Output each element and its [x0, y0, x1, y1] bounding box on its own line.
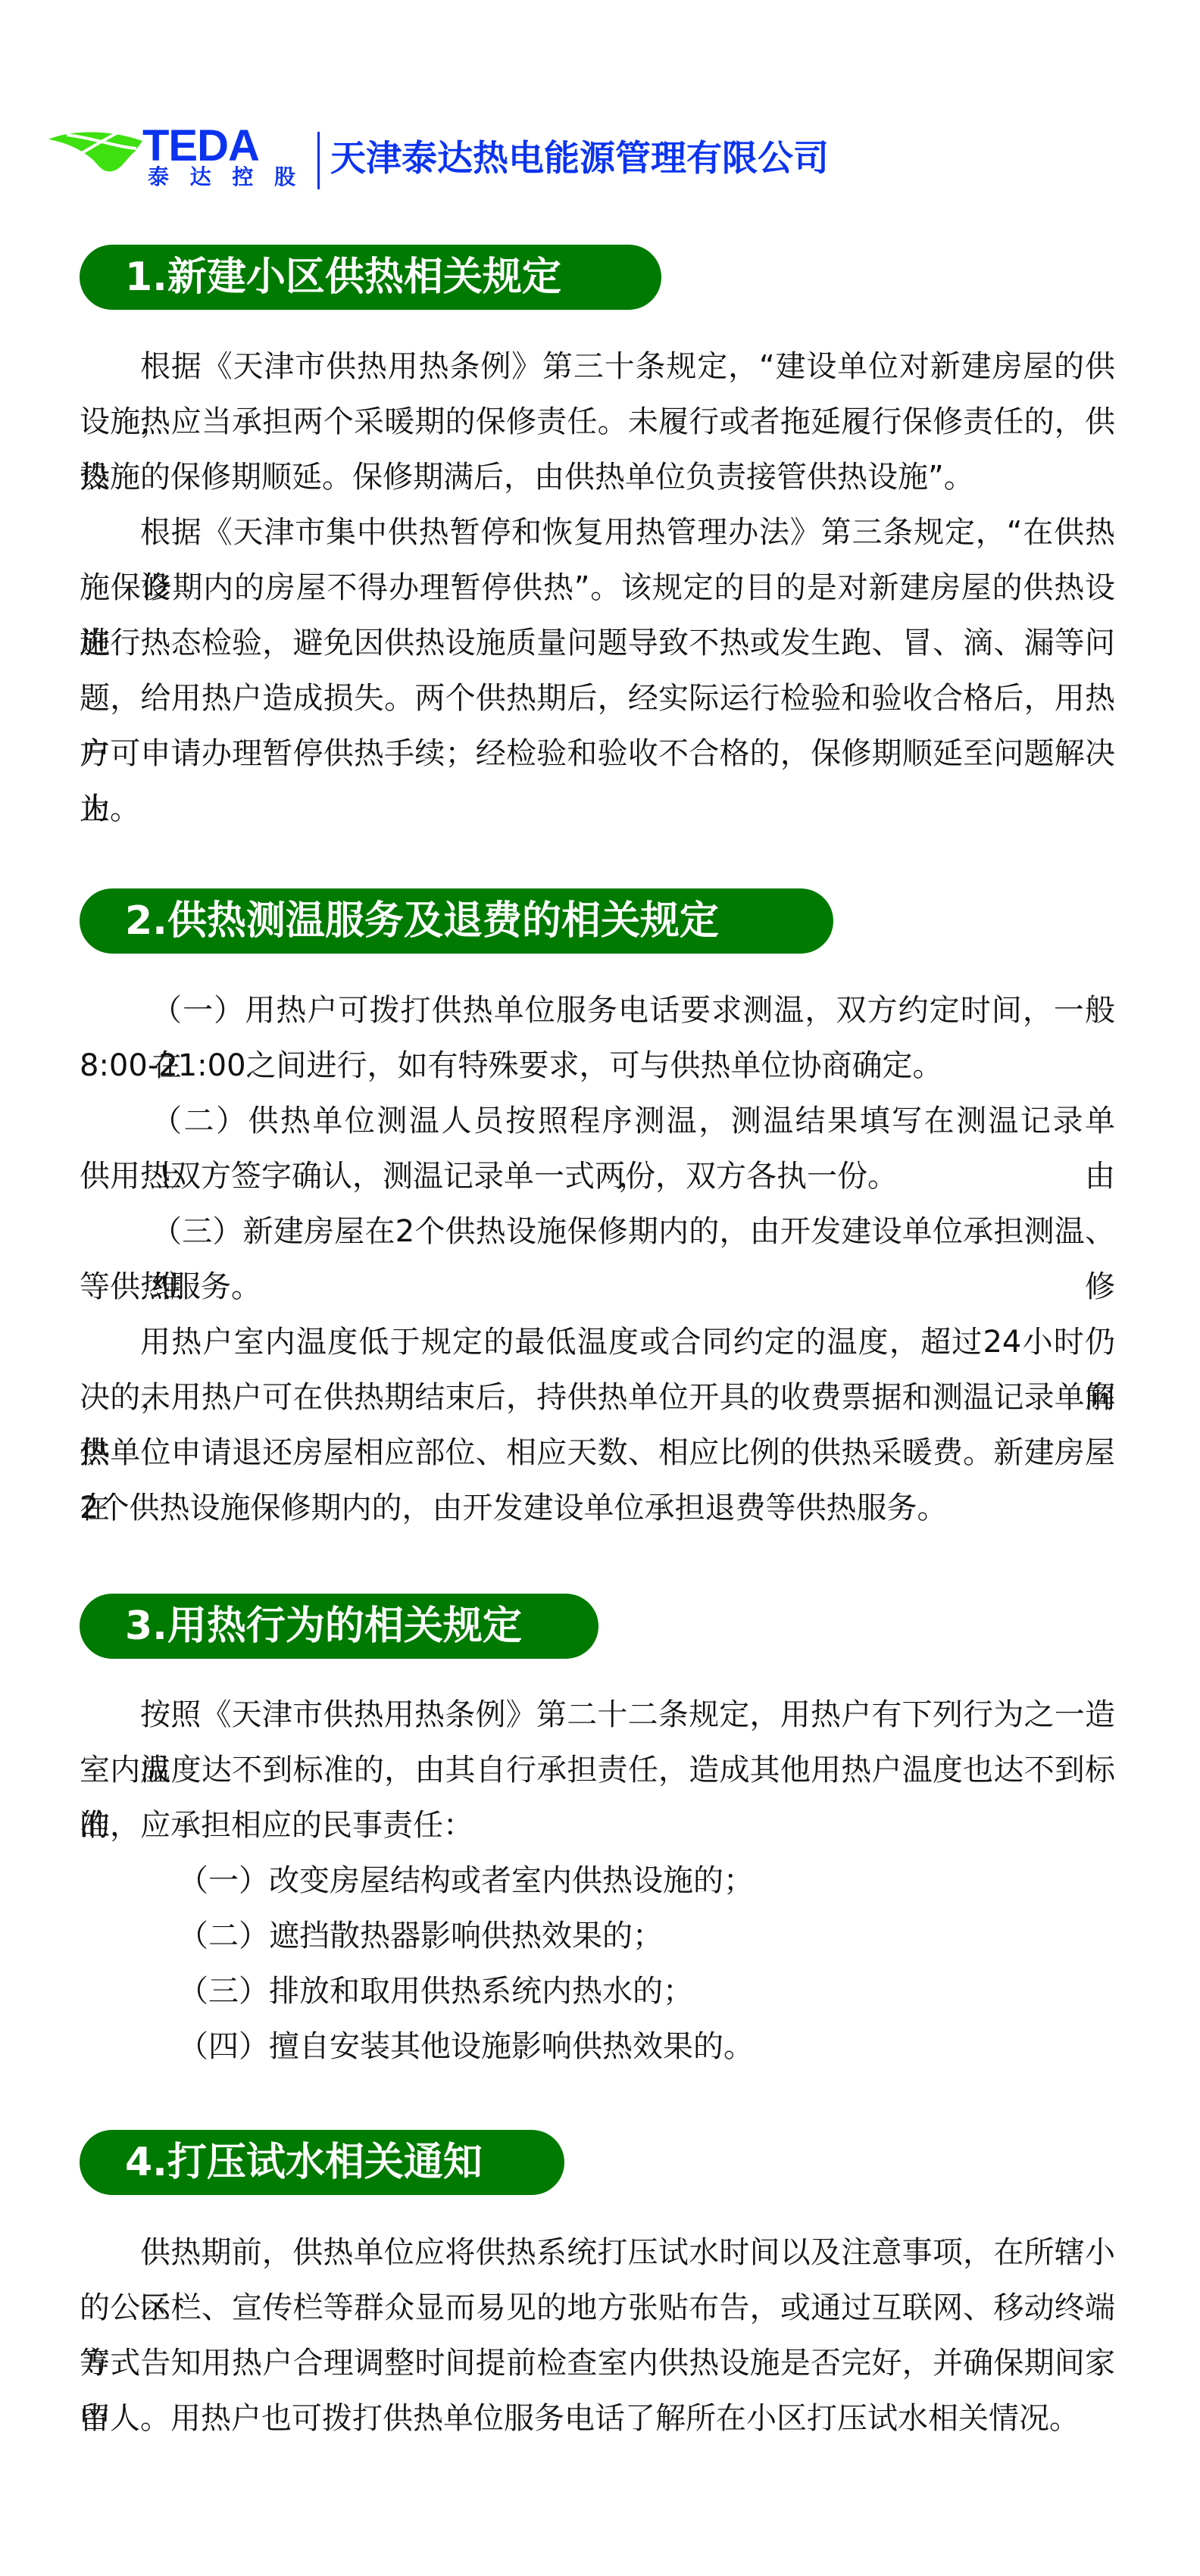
section-header-2: 2.供热测温服务及退费的相关规定 [80, 888, 833, 954]
company-logo: TEDA 泰 达 控 股 天津泰达热电能源管理有限公司 [45, 127, 894, 195]
paragraph-line: （三）新建房屋在2个供热设施保修期内的，由开发建设单位承担测温、维修 [80, 1204, 1115, 1260]
paragraph-line: 的公示栏、宣传栏等群众显而易见的地方张贴布告，或通过互联网、移动终端等 [80, 2281, 1115, 2336]
paragraph-line: 止。 [80, 782, 1115, 837]
section-header-3: 3.用热行为的相关规定 [80, 1594, 598, 1659]
logo-char: 泰 [148, 165, 169, 189]
section-body-4: 供热期前，供热单位应将供热系统打压试水时间以及注意事项，在所辖小区的公示栏、宣传… [80, 2225, 1115, 2446]
paragraph-line: （四）擅自安装其他设施影响供热效果的。 [80, 2019, 1115, 2075]
section-header-4: 4.打压试水相关通知 [80, 2130, 564, 2195]
paragraph-line: 按照《天津市供热用热条例》第二十二条规定，用热户有下列行为之一造成 [80, 1688, 1115, 1743]
section-title: 4.打压试水相关通知 [125, 2140, 483, 2185]
paragraph-line: 2个供热设施保修期内的，由开发建设单位承担退费等供热服务。 [80, 1481, 1115, 1536]
paragraph-line: 留人。用热户也可拨打供热单位服务电话了解所在小区打压试水相关情况。 [80, 2391, 1115, 2446]
section-title: 3.用热行为的相关规定 [125, 1603, 522, 1649]
section-title: 1.新建小区供热相关规定 [125, 254, 561, 300]
paragraph-line: 的，应承担相应的民事责任： [80, 1798, 1115, 1853]
teda-leaf-icon [47, 130, 144, 173]
paragraph-line: 用热户室内温度低于规定的最低温度或合同约定的温度，超过24小时仍未解 [80, 1315, 1115, 1370]
logo-char: 股 [274, 165, 295, 189]
section-body-2: （一）用热户可拨打供热单位服务电话要求测温，双方约定时间，一般在8:00-21:… [80, 983, 1115, 1536]
section-title: 2.供热测温服务及退费的相关规定 [125, 898, 719, 944]
paragraph-line: 方式告知用热户合理调整时间提前检查室内供热设施是否完好，并确保期间家中 [80, 2336, 1115, 2391]
logo-chinese-name: 泰 达 控 股 [148, 165, 295, 189]
paragraph-line: 8:00-21:00之间进行，如有特殊要求，可与供热单位协商确定。 [80, 1038, 1115, 1094]
logo-divider [317, 132, 320, 189]
company-name: 天津泰达热电能源管理有限公司 [330, 139, 829, 179]
paragraph-line: （二）供热单位测温人员按照程序测温，测温结果填写在测温记录单上，由 [80, 1094, 1115, 1149]
paragraph-line: 设施的保修期顺延。保修期满后，由供热单位负责接管供热设施”。 [80, 450, 1115, 505]
paragraph-line: 根据《天津市集中供热暂停和恢复用热管理办法》第三条规定，“在供热设 [80, 505, 1115, 560]
paragraph-line: 方可申请办理暂停供热手续；经检验和验收不合格的，保修期顺延至问题解决为 [80, 726, 1115, 782]
paragraph-line: 室内温度达不到标准的，由其自行承担责任，造成其他用热户温度也达不到标准 [80, 1743, 1115, 1798]
paragraph-line: 热单位申请退还房屋相应部位、相应天数、相应比例的供热采暖费。新建房屋在 [80, 1425, 1115, 1481]
section-body-3: 按照《天津市供热用热条例》第二十二条规定，用热户有下列行为之一造成室内温度达不到… [80, 1688, 1115, 2075]
paragraph-line: 设施，应当承担两个采暖期的保修责任。未履行或者拖延履行保修责任的，供热 [80, 395, 1115, 450]
paragraph-line: 决的，用热户可在供热期结束后，持供热单位开具的收费票据和测温记录单向供 [80, 1370, 1115, 1425]
paragraph-line: 进行热态检验，避免因供热设施质量问题导致不热或发生跑、冒、滴、漏等问 [80, 616, 1115, 671]
paragraph-line: （一）用热户可拨打供热单位服务电话要求测温，双方约定时间，一般在 [80, 983, 1115, 1038]
section-body-1: 根据《天津市供热用热条例》第三十条规定，“建设单位对新建房屋的供热设施，应当承担… [80, 339, 1115, 837]
paragraph-line: （二）遮挡散热器影响供热效果的； [80, 1909, 1115, 1964]
paragraph-line: 施保修期内的房屋不得办理暂停供热”。该规定的目的是对新建房屋的供热设施 [80, 560, 1115, 616]
paragraph-line: 题，给用热户造成损失。两个供热期后，经实际运行检验和验收合格后，用热户 [80, 671, 1115, 726]
logo-char: 控 [232, 165, 253, 189]
paragraph-line: 根据《天津市供热用热条例》第三十条规定，“建设单位对新建房屋的供热 [80, 339, 1115, 395]
paragraph-line: 供热期前，供热单位应将供热系统打压试水时间以及注意事项，在所辖小区 [80, 2225, 1115, 2281]
paragraph-line: （三）排放和取用供热系统内热水的； [80, 1964, 1115, 2019]
paragraph-line: （一）改变房屋结构或者室内供热设施的； [80, 1853, 1115, 1909]
logo-wordmark: TEDA [142, 127, 259, 165]
logo-char: 达 [190, 165, 211, 189]
section-header-1: 1.新建小区供热相关规定 [80, 245, 661, 310]
